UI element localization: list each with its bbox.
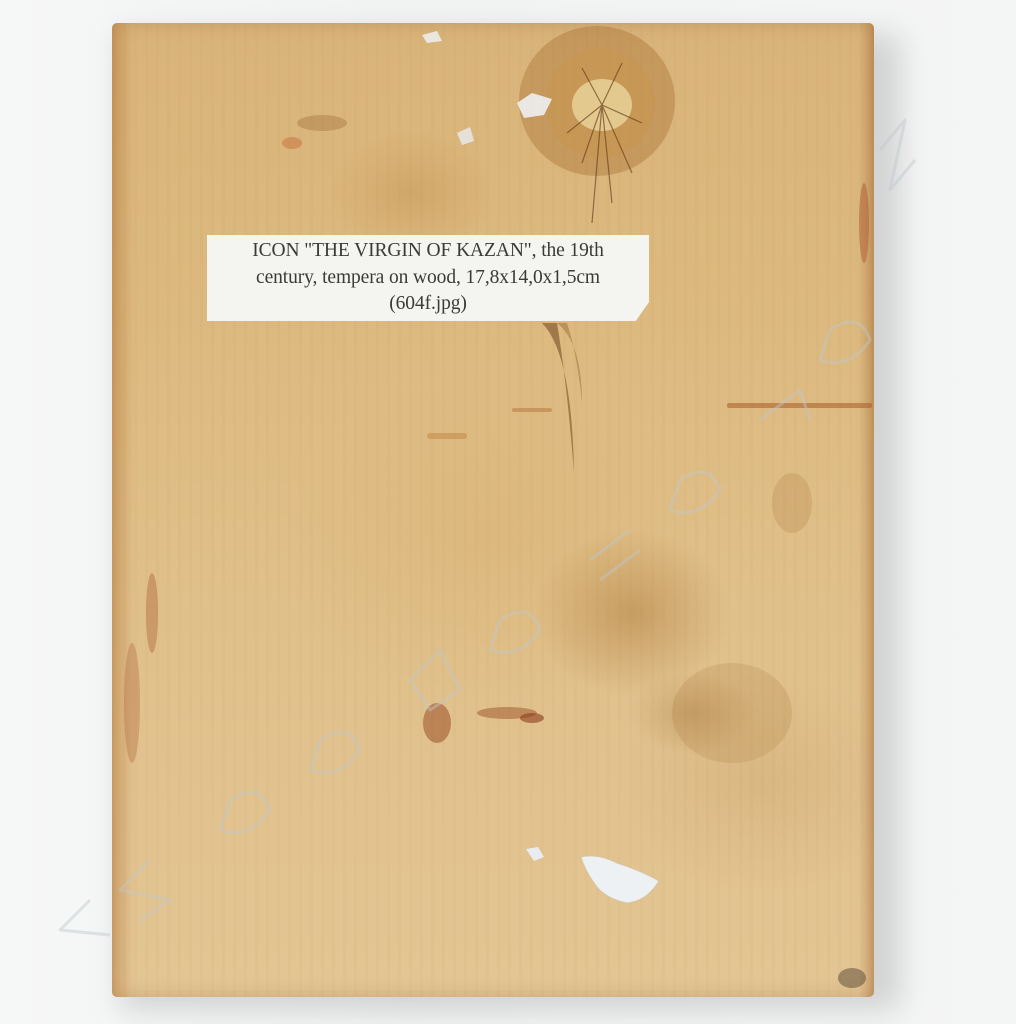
label-line-details: century, tempera on wood, 17,8x14,0x1,5c… bbox=[207, 267, 649, 289]
paper-fleck bbox=[524, 845, 548, 865]
wood-knot-icon bbox=[519, 26, 675, 223]
label-line-file-reference: (604f.jpg) bbox=[207, 293, 649, 315]
dark-grain-streak bbox=[542, 323, 574, 473]
paper-remnant bbox=[577, 851, 667, 911]
typed-paper-label: ICON "THE VIRGIN OF KAZAN", the 19th cen… bbox=[207, 235, 649, 321]
wooden-icon-panel-back: ICON "THE VIRGIN OF KAZAN", the 19th cen… bbox=[112, 23, 874, 997]
label-line-title: ICON "THE VIRGIN OF KAZAN", the 19th bbox=[207, 240, 649, 262]
wood-texture-stains bbox=[112, 23, 874, 997]
